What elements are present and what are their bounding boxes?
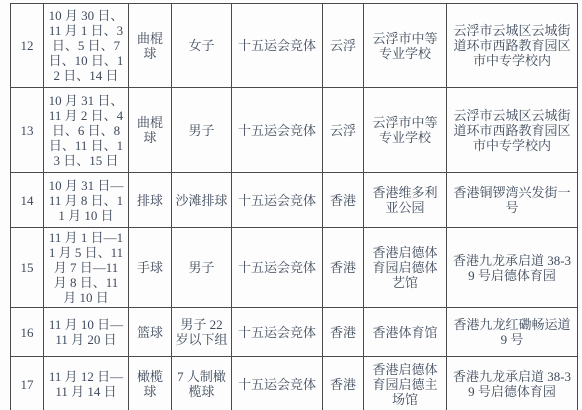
event-cell: 十五运会竞体	[232, 4, 323, 88]
table-row: 12 10 月 30 日、11 月 1 日、3 日、5 日、7 日、10 日、1…	[11, 4, 578, 88]
venue-cell: 云浮市中等专业学校	[364, 4, 447, 88]
category-cell: 男子	[172, 88, 232, 173]
category-cell: 男子	[172, 228, 232, 308]
table-row: 14 10 月 31 日—11 月 8 日、11 月 10 日 排球 沙滩排球 …	[11, 173, 578, 228]
sport-cell: 曲棍球	[129, 88, 172, 173]
table-row: 15 11 月 1 日—11 月 5 日、11 月 7 日—11 月 8 日、1…	[11, 228, 578, 308]
event-cell: 十五运会竞体	[232, 228, 323, 308]
table-row: 13 10 月 31 日、11 月 2 日、4 日、6 日、8 日、11 日、1…	[11, 88, 578, 173]
sport-cell: 橄榄球	[129, 357, 172, 410]
sport-cell: 曲棍球	[129, 4, 172, 88]
event-cell: 十五运会竞体	[232, 88, 323, 173]
city-cell: 云浮	[323, 4, 364, 88]
city-cell: 香港	[323, 173, 364, 228]
document-page: 12 10 月 30 日、11 月 1 日、3 日、5 日、7 日、10 日、1…	[0, 0, 582, 410]
venue-cell: 云浮市中等专业学校	[364, 88, 447, 173]
address-cell: 香港九龙承启道 38-39 号启德体育园	[447, 228, 578, 308]
address-cell: 香港铜锣湾兴发街一号	[447, 173, 578, 228]
row-index: 14	[11, 173, 44, 228]
row-index: 15	[11, 228, 44, 308]
dates-cell: 10 月 31 日、11 月 2 日、4 日、6 日、8 日、11 日、13 日…	[44, 88, 129, 173]
dates-cell: 11 月 1 日—11 月 5 日、11 月 7 日—11 月 8 日、11 月…	[44, 228, 129, 308]
address-cell: 云浮市云城区云城街道环市西路教育园区市中专学校内	[447, 4, 578, 88]
venue-cell: 香港启德体育园启德体艺馆	[364, 228, 447, 308]
dates-cell: 11 月 10 日—11 月 20 日	[44, 308, 129, 357]
category-cell: 男子 22 岁以下组	[172, 308, 232, 357]
dates-cell: 10 月 31 日—11 月 8 日、11 月 10 日	[44, 173, 129, 228]
sport-cell: 排球	[129, 173, 172, 228]
city-cell: 香港	[323, 308, 364, 357]
row-index: 13	[11, 88, 44, 173]
event-cell: 十五运会竞体	[232, 357, 323, 410]
dates-cell: 11 月 12 日—11 月 14 日	[44, 357, 129, 410]
table-row: 17 11 月 12 日—11 月 14 日 橄榄球 7 人制橄榄球 十五运会竞…	[11, 357, 578, 410]
row-index: 17	[11, 357, 44, 410]
dates-cell: 10 月 30 日、11 月 1 日、3 日、5 日、7 日、10 日、12 日…	[44, 4, 129, 88]
sport-cell: 手球	[129, 228, 172, 308]
event-cell: 十五运会竞体	[232, 308, 323, 357]
row-index: 12	[11, 4, 44, 88]
venue-cell: 香港维多利亚公园	[364, 173, 447, 228]
row-index: 16	[11, 308, 44, 357]
venue-cell: 香港启德体育园启德主场馆	[364, 357, 447, 410]
address-cell: 云浮市云城区云城街道环市西路教育园区市中专学校内	[447, 88, 578, 173]
city-cell: 云浮	[323, 88, 364, 173]
sport-cell: 篮球	[129, 308, 172, 357]
address-cell: 香港九龙红磡畅运道 9 号	[447, 308, 578, 357]
category-cell: 沙滩排球	[172, 173, 232, 228]
address-cell: 香港九龙承启道 38-39 号启德体育园	[447, 357, 578, 410]
event-cell: 十五运会竞体	[232, 173, 323, 228]
city-cell: 香港	[323, 228, 364, 308]
category-cell: 女子	[172, 4, 232, 88]
category-cell: 7 人制橄榄球	[172, 357, 232, 410]
schedule-table: 12 10 月 30 日、11 月 1 日、3 日、5 日、7 日、10 日、1…	[10, 3, 578, 410]
venue-cell: 香港体育馆	[364, 308, 447, 357]
city-cell: 香港	[323, 357, 364, 410]
table-row: 16 11 月 10 日—11 月 20 日 篮球 男子 22 岁以下组 十五运…	[11, 308, 578, 357]
